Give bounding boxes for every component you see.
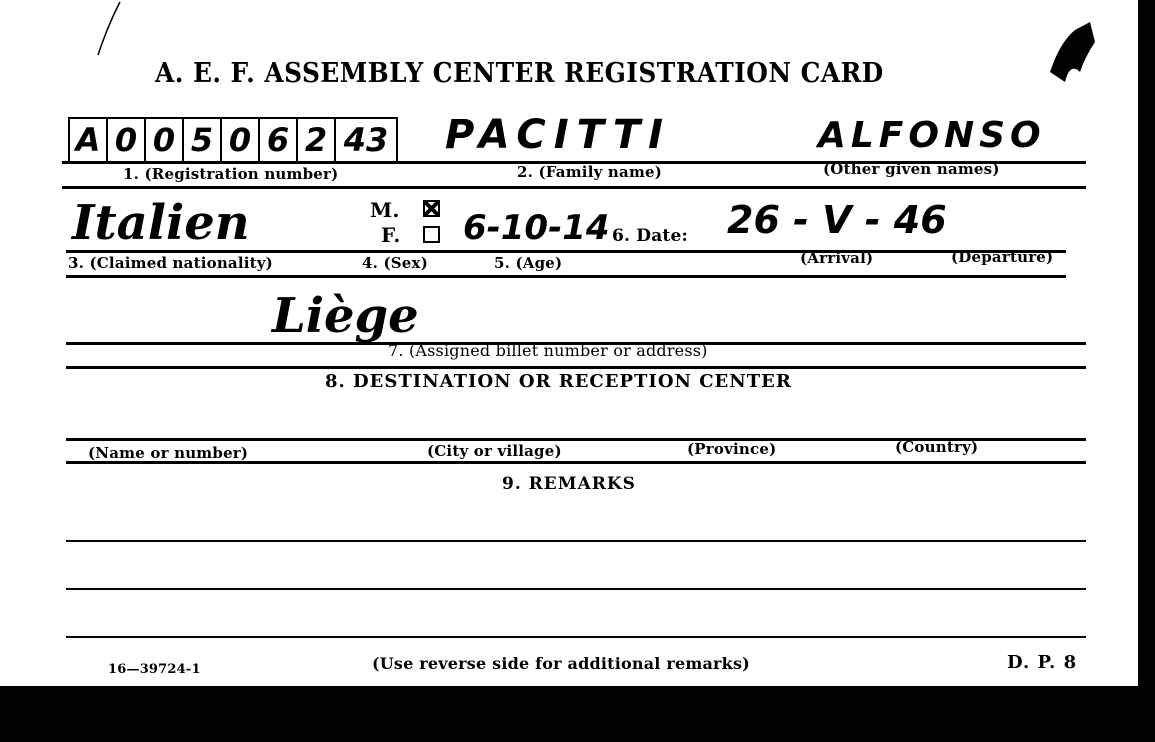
form-number: 16—39724-1 xyxy=(108,662,201,677)
destination-heading: 8. DESTINATION OR RECEPTION CENTER xyxy=(325,371,792,392)
reg-digit: 2 xyxy=(298,119,336,161)
registration-number-label: 1. (Registration number) xyxy=(123,165,338,183)
destination-name-label: (Name or number) xyxy=(88,444,248,462)
card-title: A. E. F. ASSEMBLY CENTER REGISTRATION CA… xyxy=(155,58,884,89)
billet-value: Liège xyxy=(272,288,419,344)
sex-label: 4. (Sex) xyxy=(362,254,428,272)
given-names-value: ALFONSO xyxy=(818,115,1046,156)
remarks-line-3 xyxy=(66,636,1086,638)
remarks-line-2 xyxy=(66,588,1086,590)
footer-note: (Use reverse side for additional remarks… xyxy=(372,654,750,673)
sex-male-label: M. xyxy=(370,198,400,222)
nationality-value: Italien xyxy=(72,195,250,251)
age-value: 6-10-14 xyxy=(463,208,610,248)
scan-border-bottom xyxy=(0,686,1155,742)
destination-city-label: (City or village) xyxy=(427,442,562,460)
nationality-label: 3. (Claimed nationality) xyxy=(68,254,273,272)
reg-digit: 0 xyxy=(146,119,184,161)
billet-label: 7. (Assigned billet number or address) xyxy=(388,341,708,360)
reg-digit: 0 xyxy=(108,119,146,161)
rule-line xyxy=(66,250,1066,253)
sex-female-checkbox[interactable] xyxy=(423,226,440,243)
rule-line xyxy=(62,186,1086,189)
destination-country-label: (Country) xyxy=(895,438,978,456)
sex-female-label: F. xyxy=(381,223,401,247)
given-names-label: (Other given names) xyxy=(823,160,1000,178)
reg-digit: 6 xyxy=(260,119,298,161)
remarks-line-1 xyxy=(66,540,1086,542)
rule-line xyxy=(66,461,1086,464)
age-label: 5. (Age) xyxy=(494,254,562,272)
rule-line xyxy=(66,275,1066,278)
corner-ink-mark-icon xyxy=(1040,12,1100,92)
arrival-date-value: 26 - V - 46 xyxy=(727,198,947,242)
arrival-label: (Arrival) xyxy=(800,249,873,267)
form-code: D. P. 8 xyxy=(1007,652,1077,673)
reg-digit: 5 xyxy=(184,119,222,161)
scan-border-right xyxy=(1138,0,1155,742)
checkmark-x-icon xyxy=(423,200,440,217)
family-name-label: 2. (Family name) xyxy=(517,163,662,181)
destination-province-label: (Province) xyxy=(687,440,776,458)
reg-digit: 43 xyxy=(336,119,396,161)
registration-number-boxes: A 0 0 5 0 6 2 43 xyxy=(68,117,398,163)
family-name-value: PACITTI xyxy=(445,112,671,158)
rule-line xyxy=(66,366,1086,369)
reg-digit: 0 xyxy=(222,119,260,161)
remarks-heading: 9. REMARKS xyxy=(502,474,636,494)
reg-digit: A xyxy=(70,119,108,161)
sex-male-checkbox[interactable] xyxy=(423,200,440,217)
departure-label: (Departure) xyxy=(951,248,1053,266)
stray-pen-mark xyxy=(90,0,130,60)
date-label: 6. Date: xyxy=(612,226,688,246)
